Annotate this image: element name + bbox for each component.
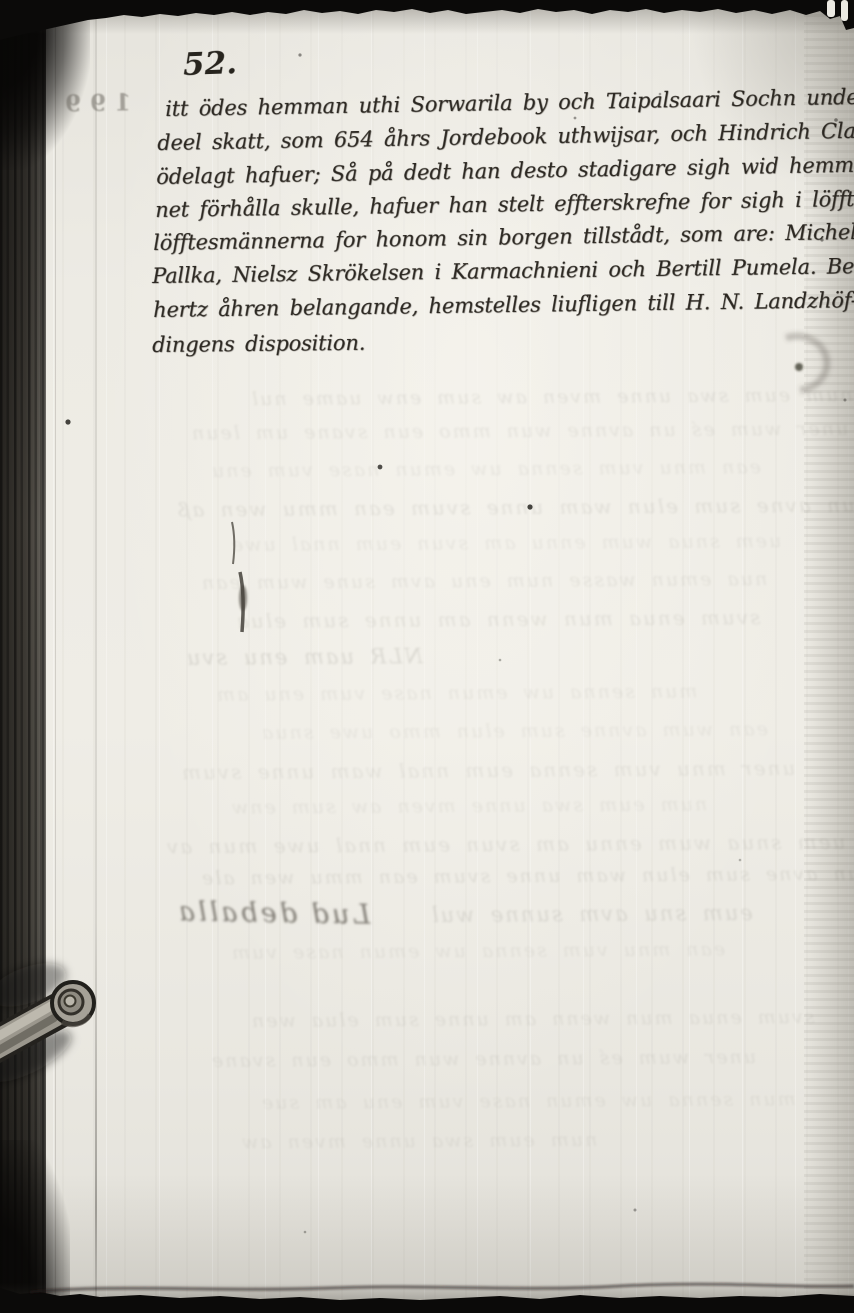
ink-smudge-arc — [786, 336, 827, 390]
clasp-rivet-inner — [65, 996, 76, 1007]
book-clasp — [0, 954, 94, 1091]
scan-border-bottom — [0, 1288, 854, 1313]
scanned-page: 199 52. itt ödes hemman uthi Sorwarila b… — [0, 0, 854, 1313]
scan-artifacts-overlay — [0, 0, 854, 1313]
bottom-crease-line — [30, 1284, 854, 1292]
ink-dot — [795, 363, 803, 371]
paper-specks — [65, 53, 846, 1233]
scan-border-top — [0, 0, 854, 40]
ink-streak-blob — [239, 585, 247, 611]
scan-notch — [827, 0, 835, 17]
scan-notch — [841, 0, 848, 21]
ink-streak — [232, 522, 234, 564]
